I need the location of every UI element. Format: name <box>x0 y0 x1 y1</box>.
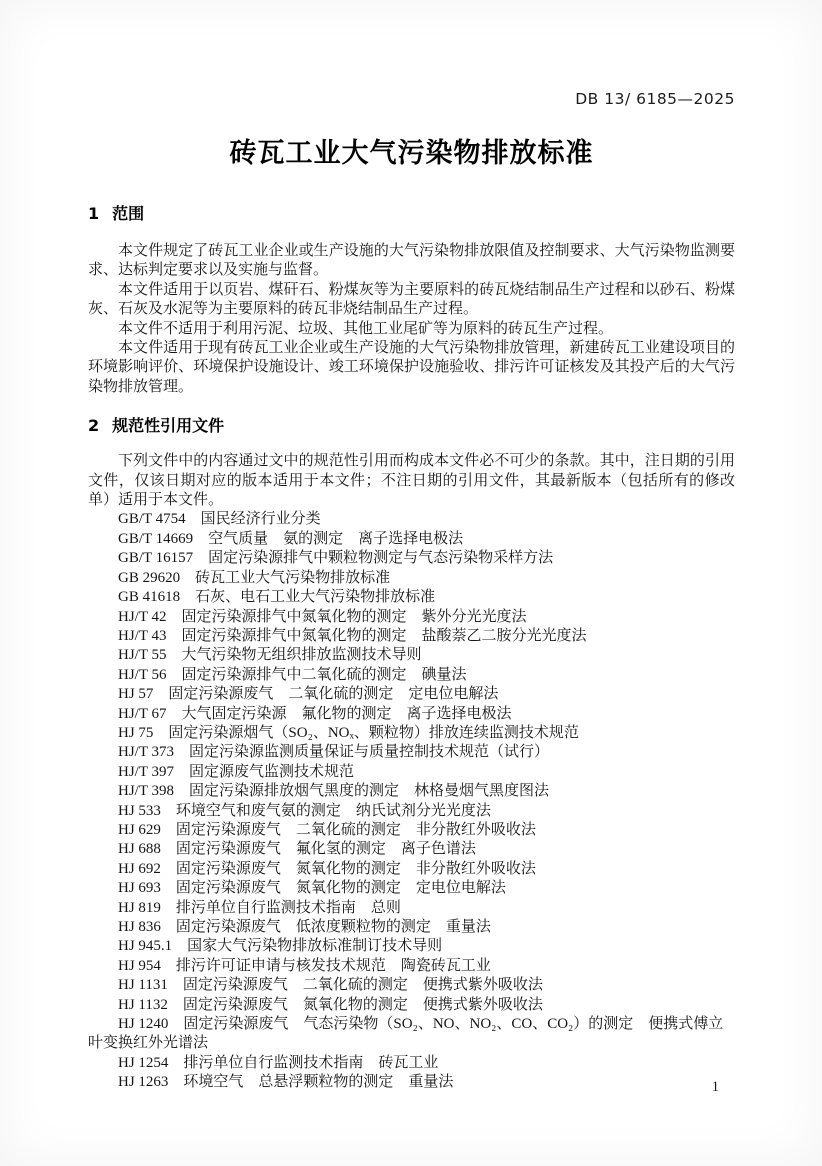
reference-item: HJ 954 排污许可证申请与核发技术规范 陶瓷砖瓦工业 <box>88 957 735 976</box>
reference-item: HJ/T 67 大气固定污染源 氟化物的测定 离子选择电极法 <box>88 705 735 724</box>
paragraph: 本文件不适用于利用污泥、垃圾、其他工业尾矿等为原料的砖瓦生产过程。 <box>88 320 735 339</box>
reference-item: HJ/T 398 固定污染源排放烟气黑度的测定 林格曼烟气黑度图法 <box>88 782 735 801</box>
reference-item: HJ 945.1 国家大气污染物排放标准制订技术导则 <box>88 937 735 956</box>
reference-item: HJ/T 397 固定源废气监测技术规范 <box>88 763 735 782</box>
reference-item: GB 41618 石灰、电石工业大气污染物排放标准 <box>88 588 735 607</box>
reference-list: GB/T 4754 国民经济行业分类GB/T 14669 空气质量 氨的测定 离… <box>88 510 735 1092</box>
paragraph: 本文件适用于现有砖瓦工业企业或生产设施的大气污染物排放管理，新建砖瓦工业建设项目… <box>88 339 735 397</box>
section-2-title: 规范性引用文件 <box>112 416 224 435</box>
reference-item: HJ 692 固定污染源废气 氮氧化物的测定 非分散红外吸收法 <box>88 860 735 879</box>
paragraph: 本文件规定了砖瓦工业企业或生产设施的大气污染物排放限值及控制要求、大气污染物监测… <box>88 242 735 281</box>
reference-item: HJ 836 固定污染源废气 低浓度颗粒物的测定 重量法 <box>88 918 735 937</box>
reference-item: HJ 1254 排污单位自行监测技术指南 砖瓦工业 <box>88 1054 735 1073</box>
section-2-heading: 2 规范性引用文件 <box>88 416 735 435</box>
reference-item: GB/T 4754 国民经济行业分类 <box>88 510 735 529</box>
reference-item: GB/T 16157 固定污染源排气中颗粒物测定与气态污染物采样方法 <box>88 549 735 568</box>
section-2-number: 2 <box>88 416 99 435</box>
section-1-title: 范围 <box>112 204 144 223</box>
reference-item: HJ 1240 固定污染源废气 气态污染物（SO₂、NO、NO₂、CO、CO₂）… <box>88 1015 735 1054</box>
reference-item: HJ/T 42 固定污染源排气中氮氧化物的测定 紫外分光光度法 <box>88 608 735 627</box>
reference-item: HJ/T 373 固定污染源监测质量保证与质量控制技术规范（试行） <box>88 743 735 762</box>
reference-item: HJ/T 43 固定污染源排气中氮氧化物的测定 盐酸萘乙二胺分光光度法 <box>88 627 735 646</box>
paragraph: 下列文件中的内容通过文中的规范性引用而构成本文件必不可少的条款。其中，注日期的引… <box>88 452 735 510</box>
reference-item: HJ 75 固定污染源烟气（SO₂、NOₓ、颗粒物）排放连续监测技术规范 <box>88 724 735 743</box>
reference-item: HJ/T 55 大气污染物无组织排放监测技术导则 <box>88 646 735 665</box>
section-normative-references: 2 规范性引用文件 下列文件中的内容通过文中的规范性引用而构成本文件必不可少的条… <box>88 416 735 1092</box>
section-scope: 1 范围 本文件规定了砖瓦工业企业或生产设施的大气污染物排放限值及控制要求、大气… <box>88 204 735 397</box>
reference-item: HJ 533 环境空气和废气氨的测定 纳氏试剂分光光度法 <box>88 802 735 821</box>
reference-item: HJ 1132 固定污染源废气 氮氧化物的测定 便携式紫外吸收法 <box>88 996 735 1015</box>
reference-item: GB 29620 砖瓦工业大气污染物排放标准 <box>88 569 735 588</box>
paragraph: 本文件适用于以页岩、煤矸石、粉煤灰等为主要原料的砖瓦烧结制品生产过程和以砂石、粉… <box>88 281 735 320</box>
reference-item: HJ 1131 固定污染源废气 二氧化硫的测定 便携式紫外吸收法 <box>88 976 735 995</box>
page-number: 1 <box>712 1078 719 1096</box>
reference-item: GB/T 14669 空气质量 氨的测定 离子选择电极法 <box>88 530 735 549</box>
section-1-body: 本文件规定了砖瓦工业企业或生产设施的大气污染物排放限值及控制要求、大气污染物监测… <box>88 242 735 397</box>
reference-item: HJ 1263 环境空气 总悬浮颗粒物的测定 重量法 <box>88 1073 735 1092</box>
page-title: 砖瓦工业大气污染物排放标准 <box>88 139 735 169</box>
reference-item: HJ 819 排污单位自行监测技术指南 总则 <box>88 899 735 918</box>
reference-item: HJ/T 56 固定污染源排气中二氧化硫的测定 碘量法 <box>88 666 735 685</box>
reference-item: HJ 57 固定污染源废气 二氧化硫的测定 定电位电解法 <box>88 685 735 704</box>
document-page: DB 13/ 6185—2025 砖瓦工业大气污染物排放标准 1 范围 本文件规… <box>0 0 822 1166</box>
reference-item: HJ 688 固定污染源废气 氟化氢的测定 离子色谱法 <box>88 840 735 859</box>
doc-number: DB 13/ 6185—2025 <box>88 90 735 108</box>
reference-item: HJ 693 固定污染源废气 氮氧化物的测定 定电位电解法 <box>88 879 735 898</box>
section-1-number: 1 <box>88 204 99 223</box>
section-1-heading: 1 范围 <box>88 204 735 223</box>
reference-item: HJ 629 固定污染源废气 二氧化硫的测定 非分散红外吸收法 <box>88 821 735 840</box>
section-2-body: 下列文件中的内容通过文中的规范性引用而构成本文件必不可少的条款。其中，注日期的引… <box>88 452 735 510</box>
